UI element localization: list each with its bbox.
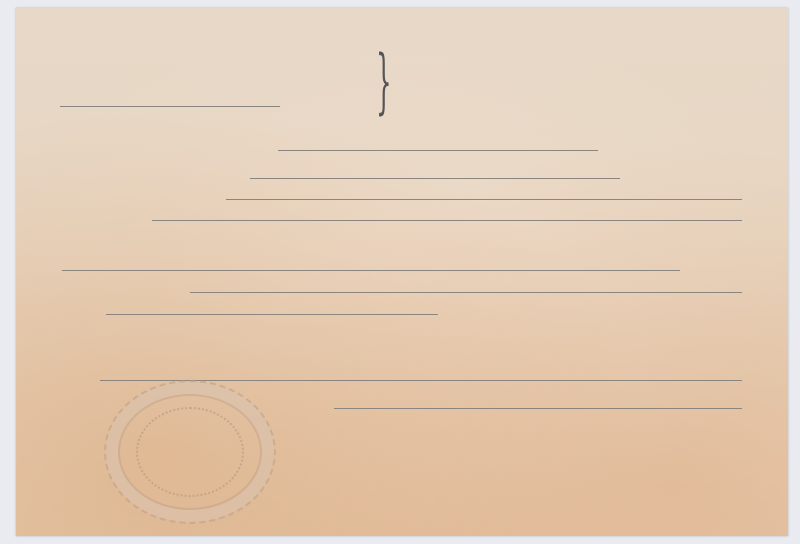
brace-icon: } (376, 46, 392, 116)
notary-seal-embossed (104, 380, 276, 524)
affidavit-document: } (16, 8, 788, 536)
